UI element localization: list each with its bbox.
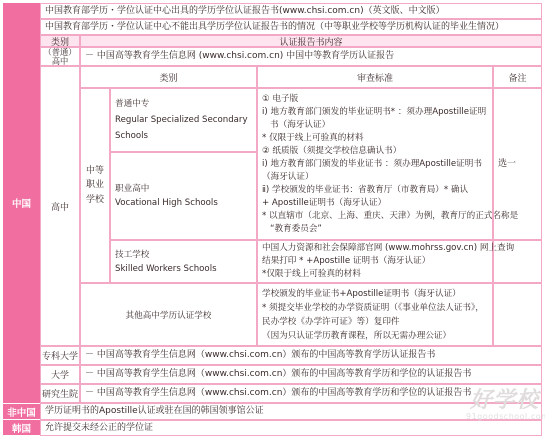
school-name-en: Vocational High Schools xyxy=(115,196,218,210)
school-name-cn: 职业高中 xyxy=(115,182,149,196)
certificate-available-text: 中国教育部学历・学位认证中心出具的学历学位认证报告书(www.chsi.com.… xyxy=(41,6,445,17)
graduate-school-label: 研究生院 xyxy=(40,384,80,403)
criteria-line: ⅰ) 地方教育部门颁发的毕业证书 ：须办理Apostille证明书 xyxy=(262,158,482,171)
university-text: 大学 xyxy=(51,368,69,381)
criteria-line: 书（海牙认证） xyxy=(262,119,330,132)
criteria-line: * 须提交毕业学校的办学资质证明（《事业单位法人证书》， xyxy=(262,301,484,315)
vocational-group-line3: 学校 xyxy=(86,193,104,208)
school-vocational-high: 职业高中 Vocational High Schools xyxy=(110,152,257,240)
criteria-line: ① 电子版 xyxy=(262,93,298,106)
criteria-line: *仅限于线上可验真的材料 xyxy=(262,268,361,281)
school-name-en: Regular Specialized Secondary xyxy=(115,112,248,128)
non-china-content-text: 学历证明书的Apostille认证或驻在国的韩国领事馆公证 xyxy=(41,406,264,417)
remarks-vocational: 选一 xyxy=(493,88,542,240)
vocational-group-line1: 中等 xyxy=(86,164,104,179)
certificate-unavailable-text: 中国教育部学历・学位认证中心不能出具学历学位认证报告书的情况（中等职业学校等学历… xyxy=(41,22,504,33)
criteria-line: ② 纸质版（须提交学校信息确认书） xyxy=(262,145,401,158)
school-name-en-cont: Schools xyxy=(115,128,148,144)
remarks-skilled xyxy=(493,240,542,283)
subheader-remarks-text: 备注 xyxy=(508,71,526,84)
watermark-site: 91goodschool.com xyxy=(466,412,545,421)
criteria-line: * 仅限于线上可验真的材料 xyxy=(262,132,364,145)
watermark-logo: 好学校 xyxy=(470,383,539,414)
subheader-category: 类别 xyxy=(80,66,257,88)
school-other-high-school: 其他高中学历认证学校 xyxy=(80,283,257,346)
header-category-text: 类别 xyxy=(51,35,69,48)
university-content: － 中国高等教育学生信息网（www.chsi.com.cn）颁布的中国高等教育学… xyxy=(80,365,542,384)
general-high-school-label-line2: 高中 xyxy=(52,57,69,66)
region-china-label: 中国 xyxy=(3,3,40,403)
subheader-category-text: 类别 xyxy=(159,71,177,84)
criteria-line: （海牙认证） xyxy=(262,171,314,184)
school-regular-specialized: 普通中专 Regular Specialized Secondary Schoo… xyxy=(110,88,257,152)
criteria-line: 民办学校《办学许可证》等）复印件 xyxy=(262,315,400,329)
high-school-label: 高中 xyxy=(40,66,80,346)
junior-college-content: － 中国高等教育学生信息网（www.chsi.com.cn）颁布的中国高等教育学… xyxy=(80,346,542,365)
header-content-text: 认证报告书内容 xyxy=(279,35,342,48)
criteria-line: 结果打印 * +Apostille 证明书（海牙认证） xyxy=(262,255,430,268)
criteria-line: * 以直辖市（北京、上海、重庆、天津）为例，教育厅的正式名称是 xyxy=(262,210,518,223)
certificate-available-row: 中国教育部学历・学位认证中心出具的学历学位认证报告书(www.chsi.com.… xyxy=(40,3,542,19)
school-name-cn: 技工学校 xyxy=(115,248,149,262)
high-school-label-text: 高中 xyxy=(51,200,69,213)
university-label: 大学 xyxy=(40,365,80,384)
school-name-cn: 其他高中学历认证学校 xyxy=(126,309,212,321)
general-high-school-content: － 中国高等教育学生信息网 (www.chsi.com.cn) 中国中等教育学历… xyxy=(80,47,542,66)
region-korea-label: 韩国 xyxy=(3,420,40,435)
criteria-line: + Apostille证明书（海牙认证） xyxy=(262,197,386,210)
criteria-vocational: ① 电子版 ⅰ) 地方教育部门颁发的毕业证明书* ：须办理Apostille证明… xyxy=(257,88,493,240)
general-high-school-label: （普通） 高中 xyxy=(40,47,80,66)
korea-content-text: 允许提交未经公正的学位证 xyxy=(41,423,153,434)
general-high-school-content-text: － 中国高等教育学生信息网 (www.chsi.com.cn) 中国中等教育学历… xyxy=(81,51,394,62)
subheader-remarks: 备注 xyxy=(493,66,542,88)
remarks-choose-one: 选一 xyxy=(494,159,516,170)
criteria-other: 学校颁发的毕业证书+Apostille证明书（海牙认证） * 须提交毕业学校的办… xyxy=(257,283,493,346)
school-skilled-workers: 技工学校 Skilled Workers Schools xyxy=(110,240,257,283)
school-name-cn: 普通中专 xyxy=(115,96,149,112)
header-content: 认证报告书内容 xyxy=(80,35,542,47)
vocational-school-group-label: 中等 职业 学校 xyxy=(80,88,110,283)
criteria-line: 学校颁发的毕业证书+Apostille证明书（海牙认证） xyxy=(262,287,461,301)
criteria-skilled: 中国人力资源和社会保障部官网 (www.mohrss.gov.cn) 网上查询 … xyxy=(257,240,493,283)
remarks-other xyxy=(493,283,542,346)
subheader-criteria-text: 审查标准 xyxy=(357,71,393,84)
school-name-en: Skilled Workers Schools xyxy=(115,262,217,276)
junior-college-label: 专科大学 xyxy=(40,346,80,365)
junior-college-content-text: － 中国高等教育学生信息网（www.chsi.com.cn）颁布的中国高等教育学… xyxy=(81,350,435,361)
university-content-text: － 中国高等教育学生信息网（www.chsi.com.cn）颁布的中国高等教育学… xyxy=(81,369,471,380)
criteria-line: （因为只认证学历教育课程，所以无需办理公证） xyxy=(262,329,451,343)
certificate-unavailable-row: 中国教育部学历・学位认证中心不能出具学历学位认证报告书的情况（中等职业学校等学历… xyxy=(40,19,542,35)
vocational-group-line2: 职业 xyxy=(86,178,104,193)
korea-content: 允许提交未经公正的学位证 xyxy=(40,420,542,436)
region-non-china-label: 非中国 xyxy=(3,404,40,419)
subheader-criteria: 审查标准 xyxy=(257,66,493,88)
graduate-school-text: 研究生院 xyxy=(42,387,78,400)
criteria-line: ⅰ) 地方教育部门颁发的毕业证明书* ：须办理Apostille证明 xyxy=(262,106,486,119)
criteria-line: ⅱ) 学校颁发的毕业证书：省教育厅（市教育局）* 确认 xyxy=(262,184,468,197)
header-category: 类别 xyxy=(40,35,80,47)
graduate-school-content-text: － 中国高等教育学生信息网（www.chsi.com.cn）颁布的中国高等教育学… xyxy=(81,388,471,399)
criteria-line: 中国人力资源和社会保障部官网 (www.mohrss.gov.cn) 网上查询 xyxy=(262,242,514,255)
junior-college-text: 专科大学 xyxy=(42,349,78,362)
criteria-line: “教育委员会” xyxy=(262,223,322,236)
